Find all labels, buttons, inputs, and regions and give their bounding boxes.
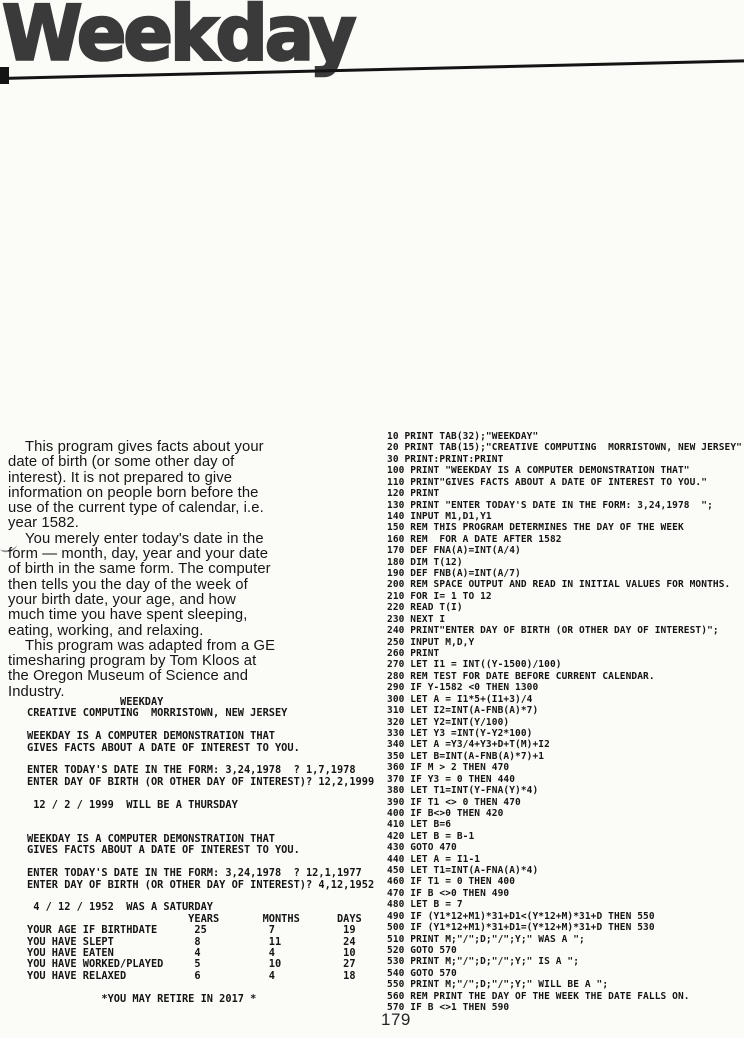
sample-run-output: WEEKDAY CREATIVE COMPUTING MORRISTOWN, N… (27, 697, 447, 1005)
run-transcript: WEEKDAY CREATIVE COMPUTING MORRISTOWN, N… (27, 697, 447, 914)
intro-text-column: This program gives facts about your date… (8, 440, 362, 700)
page-number: 179 (381, 1010, 411, 1030)
age-statistics-table: YEARS MONTHS DAYS YOUR AGE IF BIRTHDATE … (27, 914, 447, 982)
page-title: Weekday (2, 0, 353, 78)
intro-paragraph-2: You merely enter today's date in the for… (8, 532, 362, 639)
intro-paragraph-3: This program was adapted from a GE times… (8, 639, 362, 700)
program-listing: 10 PRINT TAB(32);"WEEKDAY" 20 PRINT TAB(… (387, 431, 742, 1014)
scan-ink-blot (0, 67, 9, 84)
retire-note: *YOU MAY RETIRE IN 2017 * (27, 994, 447, 1005)
intro-paragraph-1: This program gives facts about your date… (8, 440, 362, 532)
